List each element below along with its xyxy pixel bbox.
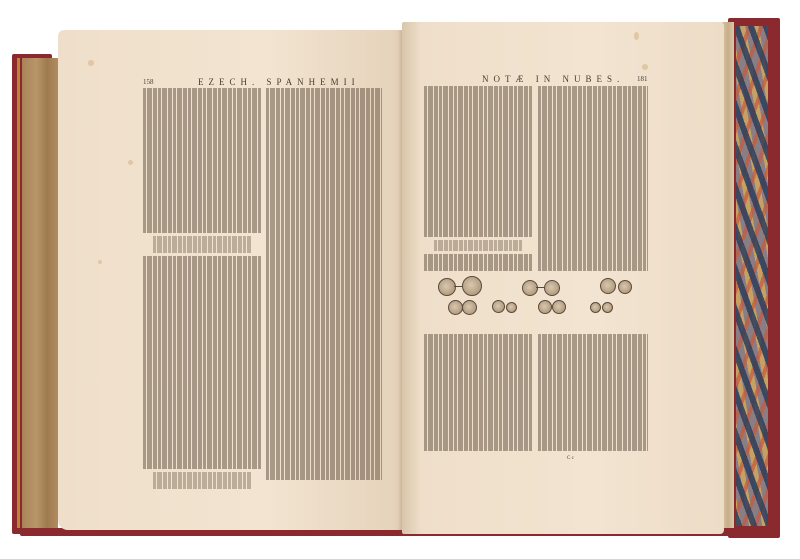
marbled-endpaper: [736, 26, 768, 526]
coin-image: [600, 278, 616, 294]
right-column-text-lower: [538, 334, 648, 454]
foxing-spot: [88, 60, 94, 66]
left-column-text-lower: [424, 334, 532, 454]
right-column-text: [266, 88, 382, 492]
signature-mark: C c: [567, 456, 574, 461]
page-number: 181: [637, 75, 648, 83]
left-page-edges: [22, 58, 58, 530]
coin-image: [544, 280, 560, 296]
left-page: 158 EZECH. SPANHEMII: [58, 30, 408, 530]
coin-engraving-plate: [430, 276, 720, 328]
foxing-spot: [128, 160, 133, 165]
foxing-spot: [98, 260, 102, 264]
coin-image: [438, 278, 456, 296]
right-column-text: [538, 86, 648, 278]
running-head: EZECH. SPANHEMII: [198, 77, 360, 87]
coin-image: [552, 300, 566, 314]
running-head: NOTÆ IN NUBES.: [482, 74, 624, 84]
coin-image: [506, 302, 517, 313]
coin-image: [448, 300, 463, 315]
coin-image: [492, 300, 505, 313]
coin-image: [618, 280, 632, 294]
page-number: 158: [143, 78, 154, 86]
coin-link: [454, 286, 462, 287]
left-column-text: [424, 86, 532, 278]
coin-image: [538, 300, 552, 314]
book-photo: 158 EZECH. SPANHEMII NOTÆ I: [0, 0, 800, 559]
coin-image: [602, 302, 613, 313]
gilt-rule: [17, 58, 20, 528]
foxing-spot: [634, 32, 639, 40]
coin-link: [536, 287, 544, 288]
coin-image: [522, 280, 538, 296]
foxing-spot: [642, 64, 648, 70]
coin-image: [590, 302, 601, 313]
coin-image: [462, 300, 477, 315]
left-column-text: [143, 88, 261, 492]
coin-image: [462, 276, 482, 296]
